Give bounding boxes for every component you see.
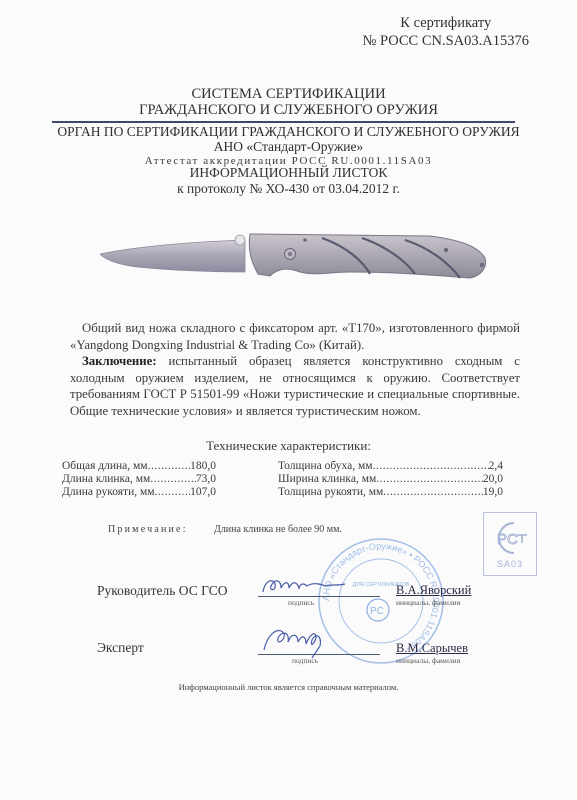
spec-row: Толщина рукояти, мм19,0 [278,486,503,499]
conclusion-paragraph: Заключение: испытанный образец является … [70,353,520,419]
note-label: Примечание: [108,524,188,535]
system-title-line2: ГРАЖДАНСКОГО И СЛУЖЕБНОГО ОРУЖИЯ [0,102,577,118]
signatory-name-head: В.А.Яворский [396,583,471,598]
signature-line [258,654,380,655]
svg-text:PC: PC [497,531,518,548]
system-title: СИСТЕМА СЕРТИФИКАЦИИ ГРАЖДАНСКОГО И СЛУЖ… [0,86,577,118]
signatory-role-head: Руководитель ОС ГСО [97,583,227,599]
document-title-block: ИНФОРМАЦИОННЫЙ ЛИСТОК к протоколу № ХО-4… [0,165,577,197]
note-text: Длина клинка не более 90 мм. [214,524,342,535]
signatory-role-expert: Эксперт [97,640,144,656]
certificate-ref-number: № РОСС CN.SA03.A15376 [363,32,529,50]
footer-note: Информационный листок является справочны… [0,682,577,692]
certification-body: ОРГАН ПО СЕРТИФИКАЦИИ ГРАЖДАНСКОГО И СЛУ… [0,124,577,154]
mark-code: SA03 [484,559,536,569]
signature-caption: подпись [288,598,314,607]
document-title: ИНФОРМАЦИОННЫЙ ЛИСТОК [0,165,577,181]
ano-name: АНО «Стандарт-Оружие» [0,139,577,154]
name-caption: инициалы, фамилия [396,598,460,607]
spec-row: Толщина обуха, мм2,4 [278,460,503,473]
name-caption: инициалы, фамилия [396,656,460,665]
description-text: Общий вид ножа складного с фиксатором ар… [70,320,520,419]
signatory-name-expert: В.М.Сарычев [396,641,468,656]
specs-title: Технические характеристики: [0,438,577,454]
spec-row: Длина рукояти, мм107,0 [62,486,216,499]
certificate-ref-line1: К сертификату [363,14,529,32]
system-title-line1: СИСТЕМА СЕРТИФИКАЦИИ [0,86,577,102]
spec-row: Длина клинка, мм73,0 [62,473,216,486]
signature-head-icon [255,574,350,598]
specs-right-column: Толщина обуха, мм2,4 Ширина клинка, мм20… [278,460,503,500]
conclusion-label: Заключение: [82,354,157,368]
organ-name: ОРГАН ПО СЕРТИФИКАЦИИ ГРАЖДАНСКОГО И СЛУ… [0,124,577,139]
signature-line [258,596,380,597]
specs-left-column: Общая длина, мм180,0 Длина клинка, мм73,… [62,460,216,500]
certification-mark: PC SA03 [483,512,537,576]
knife-image [100,220,490,300]
general-description: Общий вид ножа складного с фиксатором ар… [70,320,520,353]
header-divider [52,121,515,123]
certificate-reference: К сертификату № РОСС CN.SA03.A15376 [363,14,529,50]
spec-row: Ширина клинка, мм20,0 [278,473,503,486]
protocol-reference: к протоколу № ХО-430 от 03.04.2012 г. [0,181,577,197]
spec-row: Общая длина, мм180,0 [62,460,216,473]
signature-caption: подпись [292,656,318,665]
svg-text:PC: PC [370,606,384,617]
